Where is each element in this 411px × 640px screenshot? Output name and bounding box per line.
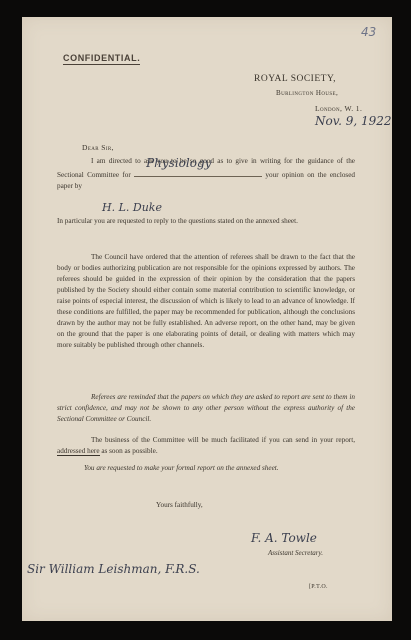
page-number: 43 <box>361 25 376 39</box>
handwritten-committee: Physiology <box>146 158 211 169</box>
paragraph-business: The business of the Committee will be mu… <box>57 435 355 457</box>
signatory-title: Assistant Secretary. <box>268 549 323 557</box>
handwritten-author: H. L. Duke <box>102 201 162 214</box>
business-text: The business of the Committee will be mu… <box>91 436 355 444</box>
address-line-2: Burlington House, <box>276 89 338 97</box>
handwritten-date: Nov. 9, 1922 <box>315 114 392 128</box>
paragraph-confidentiality: Referees are reminded that the papers on… <box>57 392 355 425</box>
committee-field: Physiology <box>134 167 262 177</box>
handwritten-recipient: Sir William Leishman, F.R.S. <box>27 562 200 576</box>
paragraph-council: The Council have ordered that the attent… <box>57 252 355 351</box>
letter-page: 43 CONFIDENTIAL. ROYAL SOCIETY, Burlingt… <box>22 17 392 621</box>
council-text: The Council have ordered that the attent… <box>57 253 355 349</box>
please-turn-over: [P.T.O. <box>309 584 328 590</box>
closing: Yours faithfully, <box>156 501 203 509</box>
salutation: Dear Sir, <box>82 143 114 152</box>
address-line-1: ROYAL SOCIETY, <box>254 74 336 84</box>
handwritten-signature: F. A. Towle <box>251 531 317 545</box>
business-text-end: as soon as possible. <box>101 447 157 455</box>
underlined-address-here: addressed here <box>57 447 100 456</box>
paragraph-questions: In particular you are requested to reply… <box>57 216 355 227</box>
paragraph-request: I am directed to ask you to be so good a… <box>57 156 355 192</box>
paragraph-formal-report: You are requested to make your formal re… <box>84 463 382 474</box>
confidential-heading: CONFIDENTIAL. <box>63 53 140 65</box>
confidentiality-text: Referees are reminded that the papers on… <box>57 393 355 423</box>
address-line-3: London, W. 1. <box>315 104 362 113</box>
